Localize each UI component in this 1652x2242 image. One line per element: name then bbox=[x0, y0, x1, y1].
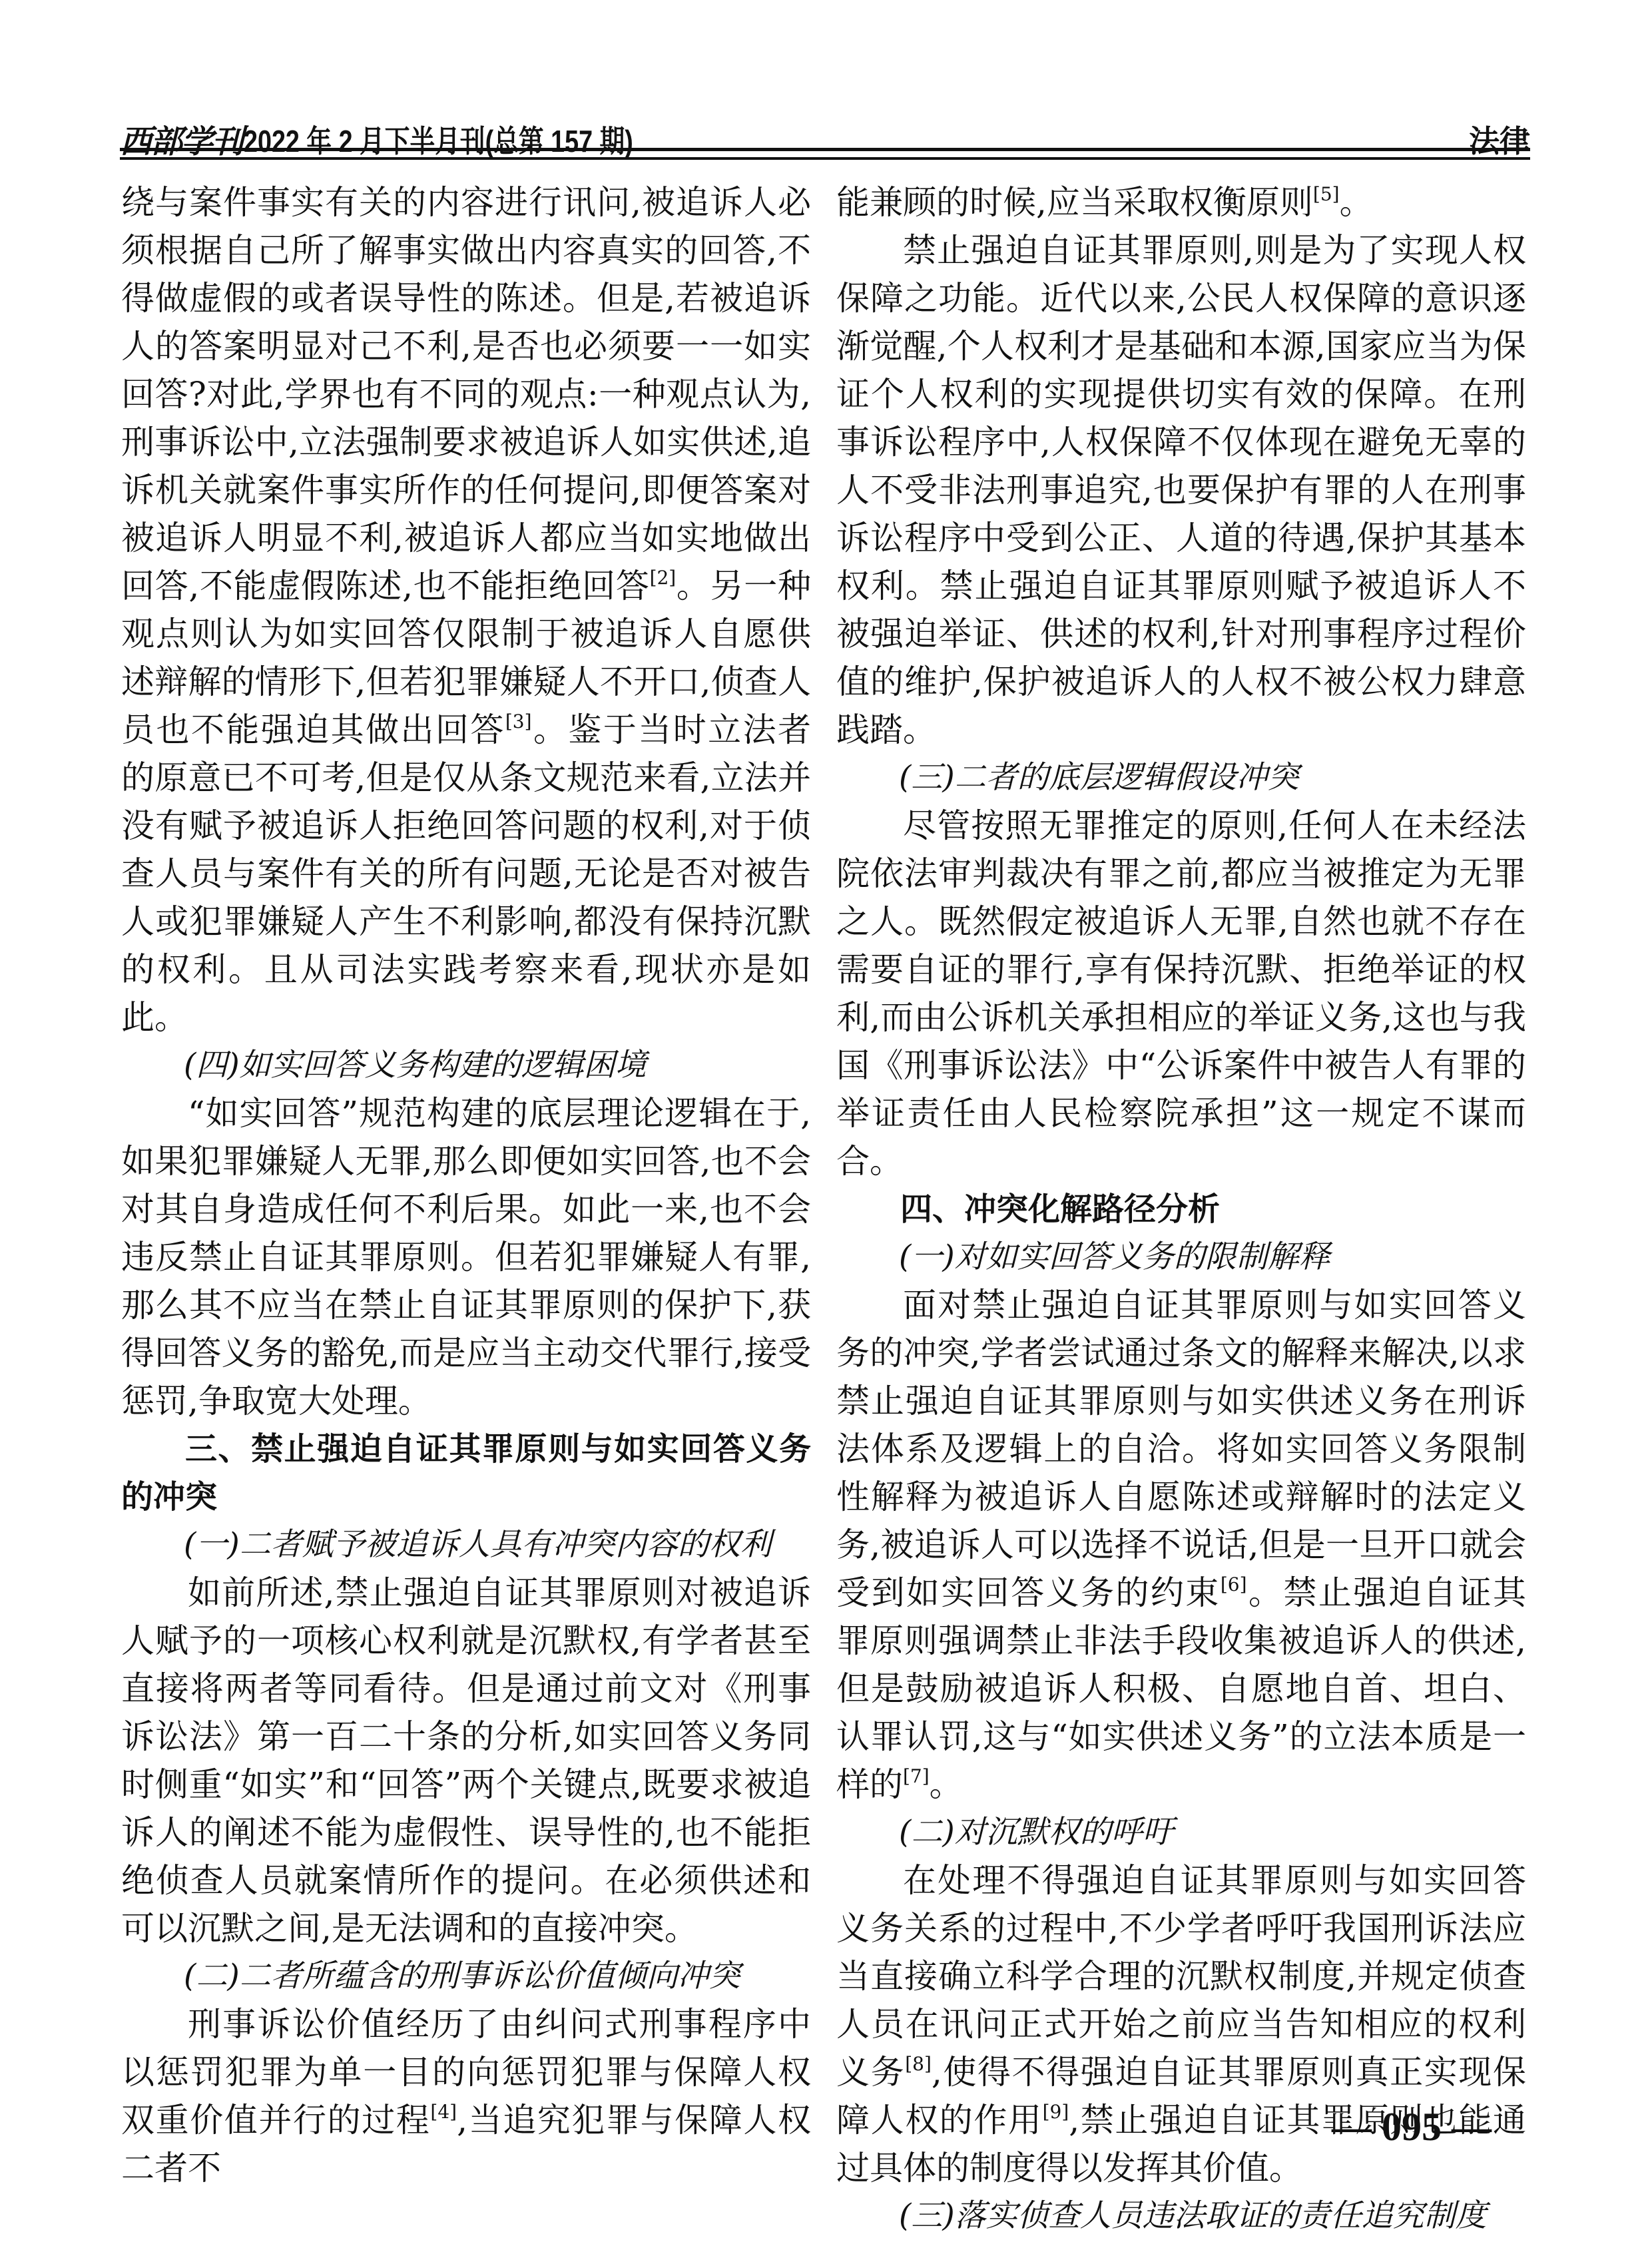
citation-ref: [2] bbox=[650, 567, 677, 589]
citation-ref: [5] bbox=[1313, 183, 1340, 205]
citation-ref: [7] bbox=[903, 1765, 930, 1787]
citation-ref: [4] bbox=[430, 2101, 457, 2123]
subsection-heading: (三)二者的底层逻辑假设冲突 bbox=[836, 754, 1526, 802]
subsection-heading: (一)二者赋予被追诉人具有冲突内容的权利 bbox=[121, 1521, 811, 1569]
header-rule-thin bbox=[120, 157, 1530, 160]
right-column: 能兼顾的时候,应当采取权衡原则[5]。 禁止强迫自证其罪原则,则是为了实现人权保… bbox=[836, 178, 1526, 2240]
paragraph: “如实回答”规范构建的底层理论逻辑在于,如果犯罪嫌疑人无罪,那么即便如实回答,也… bbox=[121, 1089, 811, 1425]
paragraph: 尽管按照无罪推定的原则,任何人在未经法院依法审判裁决有罪之前,都应当被推定为无罪… bbox=[836, 802, 1526, 1185]
citation-ref: [6] bbox=[1221, 1573, 1247, 1595]
left-column: 绕与案件事实有关的内容进行讯问,被追诉人必须根据自己所了解事实做出内容真实的回答… bbox=[121, 178, 811, 2192]
paragraph: 能兼顾的时候,应当采取权衡原则[5]。 bbox=[836, 178, 1526, 226]
subsection-heading: (三)落实侦查人员违法取证的责任追究制度 bbox=[836, 2192, 1526, 2240]
subsection-heading: (一)对如实回答义务的限制解释 bbox=[836, 1233, 1526, 1281]
citation-ref: [9] bbox=[1043, 2101, 1069, 2123]
paragraph: 如前所述,禁止强迫自证其罪原则对被追诉人赋予的一项核心权利就是沉默权,有学者甚至… bbox=[121, 1569, 811, 1952]
paragraph: 面对禁止强迫自证其罪原则与如实回答义务的冲突,学者尝试通过条文的解释来解决,以求… bbox=[836, 1281, 1526, 1809]
subsection-heading: (四)如实回答义务构建的逻辑困境 bbox=[121, 1041, 811, 1089]
paragraph: 绕与案件事实有关的内容进行讯问,被追诉人必须根据自己所了解事实做出内容真实的回答… bbox=[121, 178, 811, 1041]
paragraph: 刑事诉讼价值经历了由纠问式刑事程序中以惩罚犯罪为单一目的向惩罚犯罪与保障人权双重… bbox=[121, 2000, 811, 2192]
section-heading: 三、禁止强迫自证其罪原则与如实回答义务的冲突 bbox=[121, 1425, 811, 1521]
paragraph: 禁止强迫自证其罪原则,则是为了实现人权保障之功能。近代以来,公民人权保障的意识逐… bbox=[836, 226, 1526, 754]
citation-ref: [8] bbox=[905, 2053, 932, 2075]
section-label: 法律 bbox=[1469, 117, 1530, 161]
issue-info: 2022 年 2 月下半月刊(总第 157 期) bbox=[244, 117, 633, 161]
subsection-heading: (二)对沉默权的呼吁 bbox=[836, 1809, 1526, 1856]
page-number: — 095 — bbox=[1332, 2104, 1492, 2150]
citation-ref: [3] bbox=[505, 710, 532, 732]
running-header: 西部学刊 2022 年 2 月下半月刊(总第 157 期) 法律 bbox=[120, 113, 1530, 160]
section-heading: 四、冲突化解路径分析 bbox=[836, 1185, 1526, 1233]
subsection-heading: (二)二者所蕴含的刑事诉讼价值倾向冲突 bbox=[121, 1952, 811, 2000]
header-rule-thick bbox=[120, 148, 1530, 151]
journal-logo: 西部学刊 bbox=[120, 116, 242, 162]
